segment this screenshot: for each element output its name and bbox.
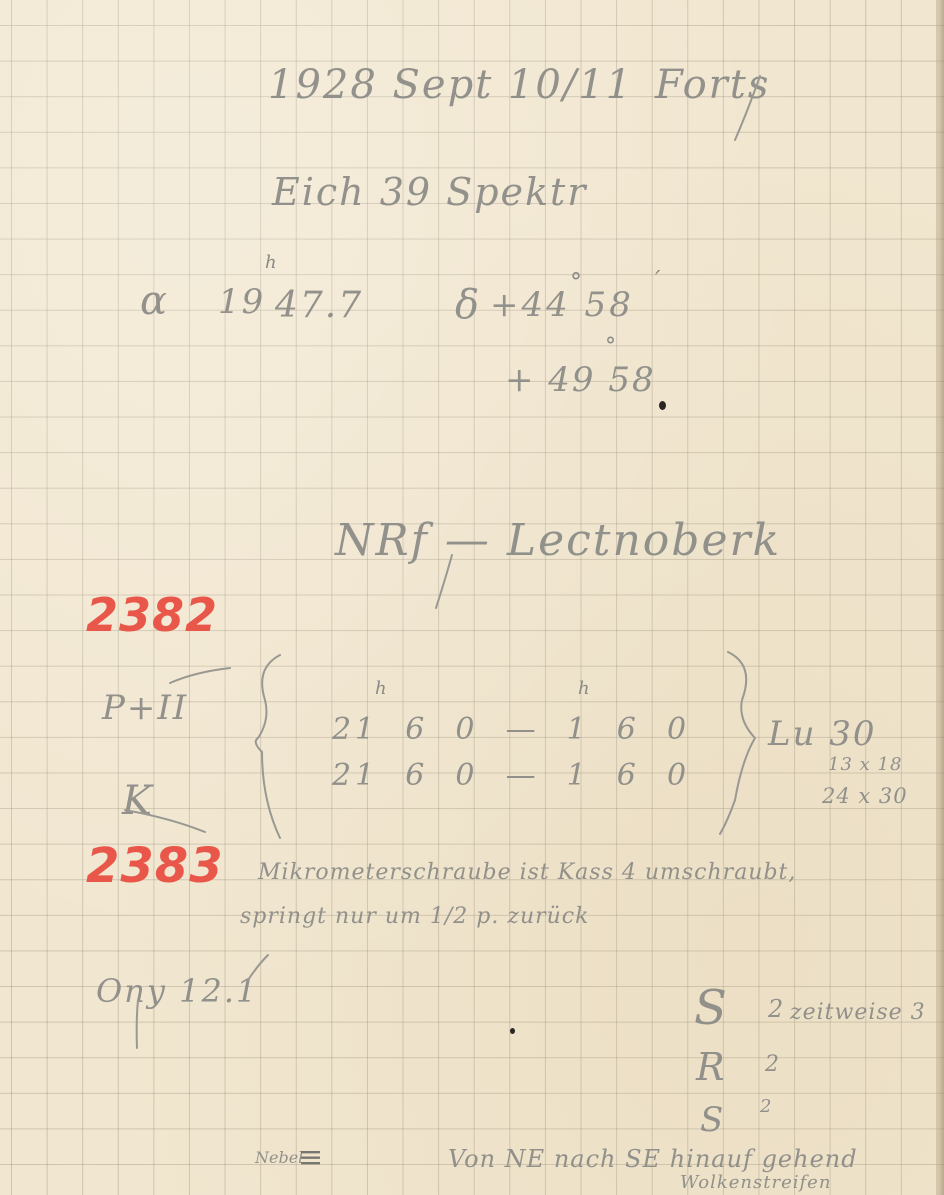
seeing-value-3: 2: [760, 1096, 773, 1117]
plate-type: Lu 30: [768, 714, 877, 754]
note-line-2: springt nur um 1/2 p. zurück: [240, 904, 589, 929]
dec-minute-sign: ′: [655, 266, 660, 294]
observer-signature: Forts: [655, 62, 770, 108]
declination: +44 58: [490, 285, 634, 325]
exposure-row-1: 21 6 0 — 1 6 0: [332, 712, 690, 747]
instrument-line: NRf — Lectnoberk: [335, 515, 781, 566]
nebel-label: Nebel: [255, 1148, 303, 1167]
notebook-binding: [936, 0, 944, 1195]
plate-number-second: 2383: [86, 838, 224, 894]
notebook-page: 1928 Sept 10/11 Forts Eich 39 Spektr α 1…: [0, 0, 944, 1195]
ink-dot-small: [510, 1028, 515, 1034]
seeing-symbol-1: S: [694, 980, 729, 1036]
guide-note: Ony 12.1: [96, 972, 258, 1010]
plate-size-1: 13 x 18: [828, 754, 902, 775]
exposure-row-2: 21 6 0 — 1 6 0: [332, 758, 690, 793]
guide-strokes: [0, 0, 1, 1]
dec-degree-sign: °: [570, 268, 582, 296]
exposure-label-k: K: [122, 778, 154, 824]
nebel-symbol: ≡: [298, 1140, 325, 1175]
seeing-symbol-2: R: [696, 1045, 727, 1089]
seeing-note-1: zeitweise 3: [790, 1000, 926, 1025]
ra-hours: 19: [218, 282, 265, 322]
exposure-label-p2: P+II: [102, 688, 188, 728]
exposure-hour-unit-1: h: [375, 678, 387, 699]
direction-note-2: Wolkenstreifen: [680, 1172, 831, 1193]
ink-dot: [659, 401, 666, 410]
exposure-hour-unit-2: h: [578, 678, 590, 699]
plate-number-first: 2382: [86, 588, 218, 642]
ra-minutes: 47.7: [275, 285, 363, 326]
ra-hour-unit: h: [265, 252, 277, 273]
plate-size-2: 24 x 30: [822, 784, 908, 808]
direction-note: Von NE nach SE hinauf gehend: [448, 1145, 858, 1173]
seeing-value-1: 2: [768, 995, 785, 1023]
object-line: Eich 39 Spektr: [272, 170, 587, 214]
dec-alt-degree-sign: °: [605, 334, 616, 359]
seeing-symbol-3: S: [700, 1100, 725, 1140]
declination-alt: + 49 58: [505, 360, 656, 400]
alpha-symbol: α: [140, 278, 169, 324]
note-line-1: Mikrometerschraube ist Kass 4 umschraubt…: [258, 860, 796, 885]
delta-symbol: δ: [455, 282, 481, 328]
seeing-value-2: 2: [765, 1052, 781, 1077]
date-line: 1928 Sept 10/11: [268, 62, 633, 108]
